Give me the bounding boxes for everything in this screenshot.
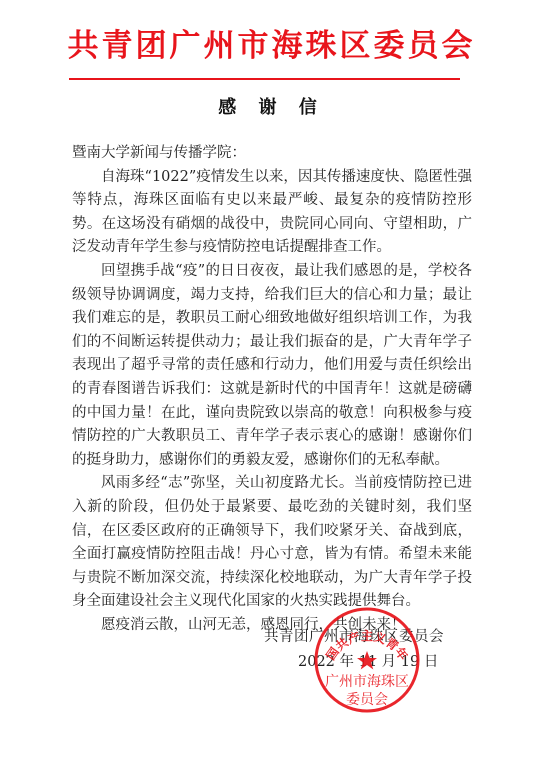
document-title: 感 谢 信 xyxy=(0,96,543,120)
svg-text:广州市海珠区: 广州市海珠区 xyxy=(325,673,409,690)
svg-text:委员会: 委员会 xyxy=(346,692,388,708)
paragraph-1: 自海珠“1022”疫情发生以来，因其传播速度快、隐匿性强等特点，海珠区面临有史以… xyxy=(72,166,472,260)
official-seal-icon: 中国共产主义青年团 广州市海珠区 委员会 xyxy=(313,606,421,714)
letterhead-divider xyxy=(69,78,460,80)
svg-text:中国共产主义青年团: 中国共产主义青年团 xyxy=(313,606,411,663)
letter-body: 暨南大学新闻与传播学院： 自海珠“1022”疫情发生以来，因其传播速度快、隐匿性… xyxy=(72,142,472,637)
salutation: 暨南大学新闻与传播学院： xyxy=(72,142,472,166)
letterhead-organization: 共青团广州市海珠区委员会 xyxy=(0,26,543,66)
letter-page: 共青团广州市海珠区委员会 感 谢 信 暨南大学新闻与传播学院： 自海珠“1022… xyxy=(0,0,543,770)
paragraph-3: 风雨多经“志”弥坚，关山初度路尤长。当前疫情防控已进入新的阶段，但仍处于最紧要、… xyxy=(72,472,472,614)
paragraph-2: 回望携手战“疫”的日日夜夜，最让我们感恩的是，学校各级领导协调调度，竭力支持，给… xyxy=(72,260,472,472)
